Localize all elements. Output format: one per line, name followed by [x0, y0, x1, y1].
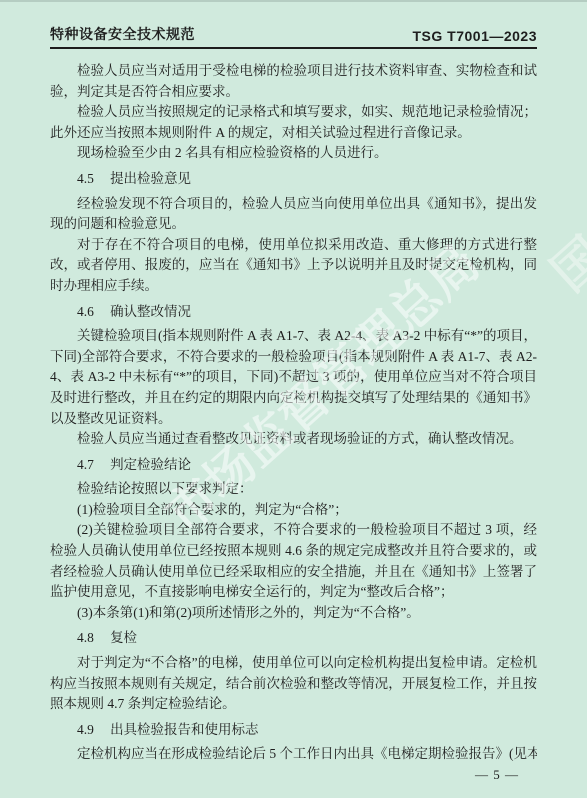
paragraph-conclusion-item-1: (1)检验项目全部符合要求的，判定为“合格”；	[50, 500, 537, 521]
section-title: 确认整改情况	[110, 304, 191, 319]
document-body: 检验人员应当对适用于受检电梯的检验项目进行技术资料审查、实物检查和试验，判定其是…	[50, 61, 537, 765]
section-title: 复检	[110, 630, 137, 645]
paragraph-confirm-rectification: 检验人员应当通过查看整改见证资料或者现场验证的方式，确认整改情况。	[50, 429, 537, 450]
paragraph-inspection-items: 检验人员应当对适用于受检电梯的检验项目进行技术资料审查、实物检查和试验，判定其是…	[50, 61, 537, 102]
section-title: 判定检验结论	[110, 457, 191, 472]
paragraph-reinspection: 对于判定为“不合格”的电梯，使用单位可以向定检机构提出复检申请。定检机构应当按照…	[50, 653, 537, 715]
header-doc-number: TSG T7001—2023	[412, 28, 537, 44]
section-number: 4.5	[77, 171, 94, 186]
section-title: 出具检验报告和使用标志	[110, 722, 259, 737]
section-heading-4-7: 4.7判定检验结论	[50, 455, 537, 476]
paragraph-onsite-personnel: 现场检验至少由 2 名具有相应检验资格的人员进行。	[50, 143, 537, 164]
header-doc-type: 特种设备安全技术规范	[50, 24, 195, 44]
page-header: 特种设备安全技术规范 TSG T7001—2023	[50, 24, 537, 49]
section-title: 提出检验意见	[110, 171, 191, 186]
section-number: 4.9	[77, 722, 94, 737]
paragraph-conclusion-item-3: (3)本条第(1)和第(2)项所述情形之外的，判定为“不合格”。	[50, 603, 537, 624]
paragraph-key-items: 关键检验项目(指本规则附件 A 表 A1-7、表 A2-4、表 A3-2 中标有…	[50, 326, 537, 429]
page-number: — 5 —	[475, 767, 519, 783]
paragraph-conclusion-intro: 检验结论按照以下要求判定：	[50, 479, 537, 500]
paragraph-conclusion-item-2: (2)关键检验项目全部符合要求，不符合要求的一般检验项目不超过 3 项，经检验人…	[50, 520, 537, 602]
paragraph-report-issue: 定检机构应当在形成检验结论后 5 个工作日内出具《电梯定期检验报告》(见本规	[50, 744, 537, 765]
document-page: 特种设备安全技术规范 TSG T7001—2023 检验人员应当对适用于受检电梯…	[0, 0, 587, 798]
section-heading-4-5: 4.5提出检验意见	[50, 169, 537, 190]
section-heading-4-6: 4.6确认整改情况	[50, 302, 537, 323]
paragraph-record-format: 检验人员应当按照规定的记录格式和填写要求，如实、规范地记录检验情况；此外还应当按…	[50, 102, 537, 143]
section-number: 4.7	[77, 457, 94, 472]
section-number: 4.6	[77, 304, 94, 319]
paragraph-notice-issue: 经检验发现不符合项目的，检验人员应当向使用单位出具《通知书》，提出发现的问题和检…	[50, 194, 537, 235]
paragraph-rectification-methods: 对于存在不符合项目的电梯，使用单位拟采用改造、重大修理的方式进行整改，或者停用、…	[50, 235, 537, 297]
section-number: 4.8	[77, 630, 94, 645]
section-heading-4-8: 4.8复检	[50, 628, 537, 649]
section-heading-4-9: 4.9出具检验报告和使用标志	[50, 720, 537, 741]
watermark-seal-text-partial: 国家市	[533, 151, 587, 305]
